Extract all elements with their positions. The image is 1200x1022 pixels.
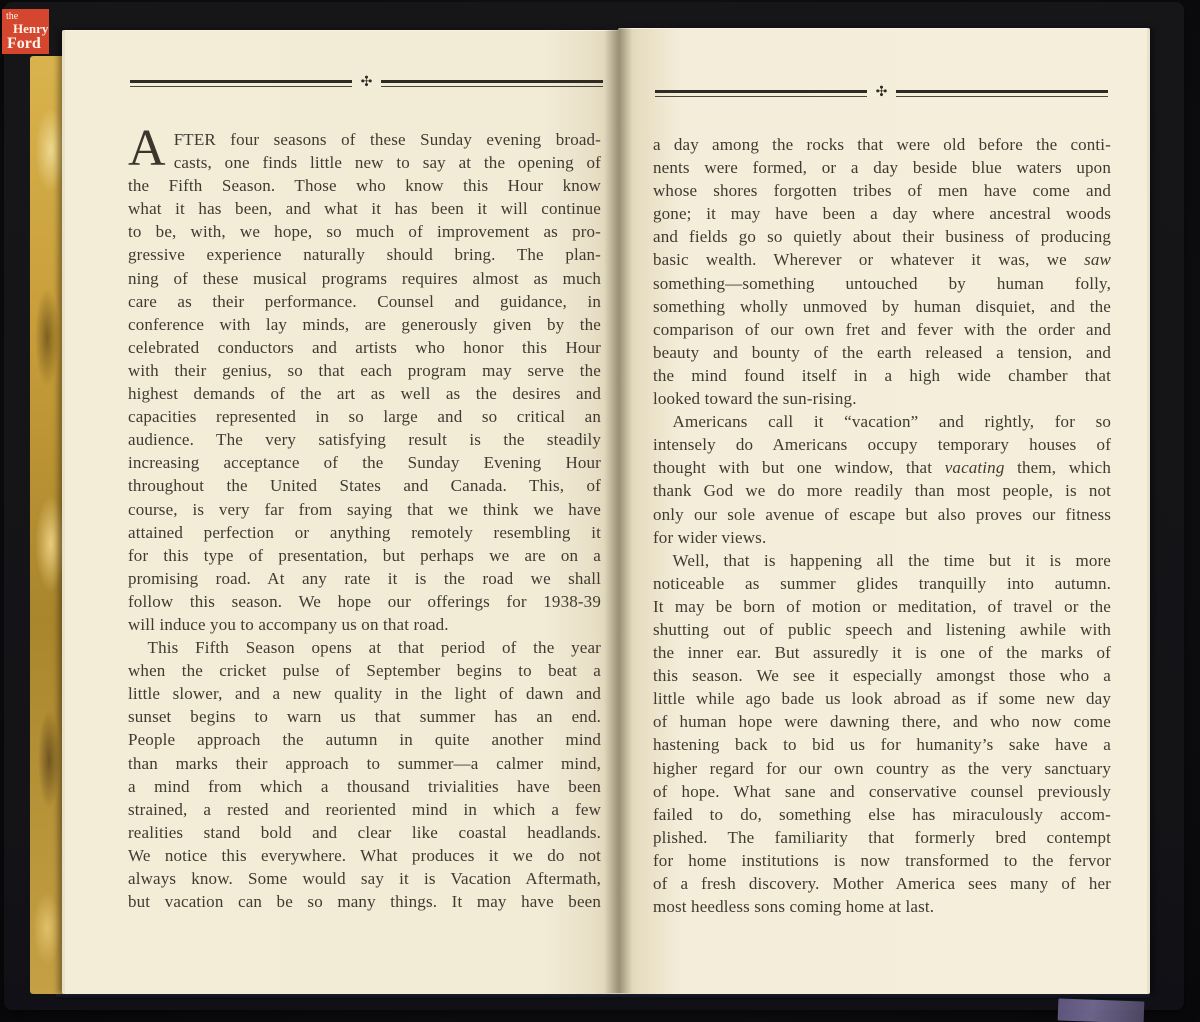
text-line: ning of these musical programs requires …	[128, 267, 601, 290]
page-text: AFTER four seasons of these Sunday eveni…	[128, 128, 601, 913]
text-line: little slower, and a new quality in the …	[128, 682, 601, 705]
text-line: the inner ear. But assuredly it is one o…	[653, 641, 1111, 664]
henry-ford-logo: the Henry Ford	[2, 9, 49, 54]
text-line: to be, with, we hope, so much of improve…	[128, 220, 601, 243]
text-line: beauty and bounty of the earth released …	[653, 341, 1111, 364]
ornament-rule	[130, 80, 352, 87]
bookmark-ribbon	[1058, 999, 1145, 1022]
text-line: with their genius, so that each program …	[128, 359, 601, 382]
ornament-rule	[381, 80, 603, 87]
text-line: realities stand bold and clear like coas…	[128, 821, 601, 844]
text-line: follow this season. We hope our offering…	[128, 590, 601, 613]
fleuron-icon: ✣	[876, 85, 888, 99]
paragraph: This Fifth Season opens at that period o…	[128, 636, 601, 913]
text-line: the mind found itself in a high wide cha…	[653, 364, 1111, 387]
photo-background: ✣ AFTER four seasons of these Sunday eve…	[0, 0, 1200, 1022]
text-line: thank God we do more readily than most p…	[653, 479, 1111, 502]
text-line: People approach the autumn in quite anot…	[128, 728, 601, 751]
text-line: most heedless sons coming home at last.	[653, 895, 1111, 918]
text-line: only our sole avenue of escape but also …	[653, 503, 1111, 526]
text-line: course, is very far from saying that we …	[128, 498, 601, 521]
book-page-left: ✣ AFTER four seasons of these Sunday eve…	[62, 30, 621, 994]
text-line: This Fifth Season opens at that period o…	[128, 636, 601, 659]
text-line: of a fresh discovery. Mother America see…	[653, 872, 1111, 895]
text-line: noticeable as summer glides tranquilly i…	[653, 572, 1111, 595]
text-line: always know. Some would say it is Vacati…	[128, 867, 601, 890]
text-line: this season. We see it especially amongs…	[653, 664, 1111, 687]
text-line: hastening back to bid us for humanity’s …	[653, 733, 1111, 756]
text-line: thought with but one window, that vacati…	[653, 456, 1111, 479]
text-line: sunset begins to warn us that summer has…	[128, 705, 601, 728]
text-line: conference with lay minds, are generousl…	[128, 313, 601, 336]
paragraph: Americans call it “vacation” and rightly…	[653, 410, 1111, 549]
text-line: promising road. At any rate it is the ro…	[128, 567, 601, 590]
text-line: increasing acceptance of the Sunday Even…	[128, 451, 601, 474]
text-line: nents were formed, or a day beside blue …	[653, 156, 1111, 179]
text-line: shutting out of public speech and listen…	[653, 618, 1111, 641]
header-ornament: ✣	[130, 76, 603, 90]
text-line: and fields go so quietly about their bus…	[653, 225, 1111, 248]
book-page-right: ✣ a day among the rocks that were old be…	[618, 28, 1150, 994]
text-line: comparison of our own fret and fever wit…	[653, 318, 1111, 341]
fleuron-icon: ✣	[361, 75, 373, 89]
drop-cap: A	[128, 128, 174, 174]
logo-henry: Henry	[13, 22, 49, 35]
text-line: FTER four seasons of these Sunday evenin…	[128, 128, 601, 151]
text-line: gressive experience naturally should bri…	[128, 243, 601, 266]
logo-ford: Ford	[7, 36, 49, 52]
text-line: higher regard for our own country as the…	[653, 757, 1111, 780]
text-line: throughout the United States and Canada.…	[128, 474, 601, 497]
text-line: when the cricket pulse of September begi…	[128, 659, 601, 682]
text-line: highest demands of the art as well as th…	[128, 382, 601, 405]
text-line: a day among the rocks that were old befo…	[653, 133, 1111, 156]
text-line: plished. The familiarity that formerly b…	[653, 826, 1111, 849]
paragraph: Well, that is happening all the time but…	[653, 549, 1111, 919]
text-line: for home institutions is now transformed…	[653, 849, 1111, 872]
text-line: capacities represented in so large and s…	[128, 405, 601, 428]
text-line: intensely do Americans occupy temporary …	[653, 433, 1111, 456]
text-line: will induce you to accompany us on that …	[128, 613, 601, 636]
text-line: basic wealth. Wherever or whatever it wa…	[653, 248, 1111, 271]
text-line: for this type of presentation, but perha…	[128, 544, 601, 567]
text-line: but vacation can be so many things. It m…	[128, 890, 601, 913]
text-line: than marks their approach to summer—a ca…	[128, 752, 601, 775]
text-line: of human hope were dawning there, and wh…	[653, 710, 1111, 733]
text-line: something wholly unmoved by human disqui…	[653, 295, 1111, 318]
text-line: a mind from which a thousand trivialitie…	[128, 775, 601, 798]
text-line: whose shores forgotten tribes of men hav…	[653, 179, 1111, 202]
header-ornament: ✣	[655, 86, 1108, 100]
text-line: of hope. What sane and conservative coun…	[653, 780, 1111, 803]
text-line: We notice this everywhere. What produces…	[128, 844, 601, 867]
text-line: little while ago bade us look abroad as …	[653, 687, 1111, 710]
text-line: looked toward the sun-rising.	[653, 387, 1111, 410]
text-line: the Fifth Season. Those who know this Ho…	[128, 174, 601, 197]
text-line: Americans call it “vacation” and rightly…	[653, 410, 1111, 433]
text-line: what it has been, and what it has been i…	[128, 197, 601, 220]
ornament-rule	[896, 90, 1108, 97]
page-text: a day among the rocks that were old befo…	[653, 133, 1111, 918]
text-line: gone; it may have been a day where ances…	[653, 202, 1111, 225]
text-line: care as their performance. Counsel and g…	[128, 290, 601, 313]
text-line: Well, that is happening all the time but…	[653, 549, 1111, 572]
text-line: audience. The very satisfying result is …	[128, 428, 601, 451]
text-line: celebrated conductors and artists who ho…	[128, 336, 601, 359]
text-line: casts, one finds little new to say at th…	[128, 151, 601, 174]
text-line: something—something untouched by human f…	[653, 272, 1111, 295]
text-line: for wider views.	[653, 526, 1111, 549]
text-line: strained, a rested and reoriented mind i…	[128, 798, 601, 821]
paragraph: AFTER four seasons of these Sunday eveni…	[128, 128, 601, 636]
text-line: attained perfection or anything remotely…	[128, 521, 601, 544]
text-line: It may be born of motion or meditation, …	[653, 595, 1111, 618]
text-line: failed to do, something else has miracul…	[653, 803, 1111, 826]
ornament-rule	[655, 90, 867, 97]
paragraph: a day among the rocks that were old befo…	[653, 133, 1111, 410]
